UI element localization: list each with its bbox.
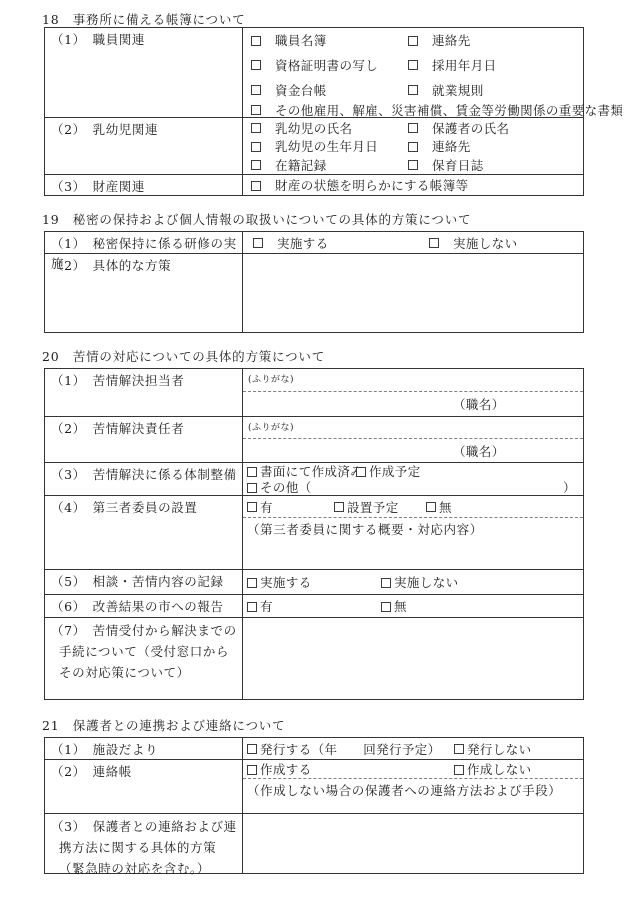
contact-method-area[interactable]: （作成しない場合の保護者への連絡方法および手段）: [243, 779, 583, 813]
option-label: その他（: [260, 478, 312, 496]
option: その他（: [247, 479, 312, 495]
checkbox[interactable]: [381, 602, 391, 612]
row-label-property-books: （3） 財産関連: [45, 175, 243, 195]
table-row: （2） 乳幼児関連 乳幼児の氏名 保護者の氏名 乳幼児の生年月日 連絡先 在籍記…: [45, 117, 583, 174]
options-cell: 書面にて作成済み 作成予定 その他（ ）: [243, 463, 583, 495]
input-area-complaint-procedure[interactable]: [243, 618, 583, 699]
table-row: （6） 改善結果の市への報告 有 無: [45, 594, 583, 617]
option-line: 乳幼児の氏名 保護者の氏名: [243, 118, 583, 137]
options-cell: 有 無: [243, 595, 583, 617]
checkbox[interactable]: [251, 181, 261, 191]
option-label: 発行する（年 回発行予定）: [260, 740, 441, 758]
option: その他雇用、解雇、災害補償、賃金等労働関係の重要な書類: [251, 102, 623, 117]
options-cell: 職員名簿 連絡先 資格証明書の写し 採用年月日 資金台帳 就業規則 その他雇用、…: [243, 28, 583, 117]
checkbox[interactable]: [408, 36, 418, 46]
option-line: その他（ ）: [243, 479, 583, 495]
checkbox[interactable]: [247, 602, 257, 612]
option: 発行しない: [454, 738, 532, 759]
option-label: 有: [260, 498, 273, 516]
row-label-complaint-contact-person: （1） 苦情解決担当者: [45, 369, 243, 416]
option-label: 就業規則: [432, 81, 484, 99]
input-area-parent-communication[interactable]: [243, 814, 583, 873]
option-label: 実施する: [277, 234, 329, 252]
checkbox[interactable]: [251, 105, 261, 115]
option-label: 連絡先: [432, 137, 471, 155]
option-line: 作成する 作成しない: [243, 760, 583, 779]
option-label: 乳幼児の氏名: [275, 119, 352, 137]
table-row: （7） 苦情受付から解決までの手続について（受付窓口からその対応策について）: [45, 617, 583, 699]
checkbox[interactable]: [454, 765, 464, 775]
option-line: その他雇用、解雇、災害補償、賃金等労働関係の重要な書類: [243, 102, 583, 117]
checkbox[interactable]: [408, 123, 418, 133]
checkbox[interactable]: [408, 85, 418, 95]
option-line: 有 設置予定 無: [243, 496, 583, 518]
option-label: 設置予定: [347, 498, 399, 516]
checkbox[interactable]: [247, 502, 257, 512]
checkbox[interactable]: [426, 502, 436, 512]
option-label: 財産の状態を明らかにする帳簿等: [275, 176, 469, 194]
table-row: （3） 保護者との連絡および連携方法に関する具体的方策（緊急時の対応を含む。）: [45, 813, 583, 873]
row-label-third-party-committee: （4） 第三者委員の設置: [45, 496, 243, 569]
table-row: （1） 苦情解決担当者 (ふりがな) （職名）: [45, 369, 583, 416]
option: 連絡先: [408, 137, 471, 155]
option-line: 資格証明書の写し 採用年月日: [243, 52, 583, 77]
option: 実施しない: [381, 570, 459, 594]
name-input-line[interactable]: （職名）: [243, 439, 583, 462]
options-cell: 実施する 実施しない: [243, 570, 583, 594]
option: 書面にて作成済み: [247, 463, 363, 479]
option: 乳幼児の生年月日: [251, 137, 378, 155]
table-row: （2） 連絡帳 作成する 作成しない （作成しない場合の保護者への連絡方法および…: [45, 759, 583, 813]
name-cell: (ふりがな) （職名）: [243, 369, 583, 416]
option: 設置予定: [334, 496, 399, 517]
option-line: 財産の状態を明らかにする帳簿等: [243, 175, 583, 195]
options-cell: 実施する 実施しない: [243, 232, 583, 253]
row-label-contact-book: （2） 連絡帳: [45, 760, 243, 813]
section-21-heading: 21 保護者との連携および連絡について: [42, 718, 630, 733]
option-label: 作成しない: [467, 760, 532, 778]
section-19-heading: 19 秘密の保持および個人情報の取扱いについての具体的方策について: [42, 212, 630, 227]
checkbox[interactable]: [247, 744, 257, 754]
table-row: （1） 職員関連 職員名簿 連絡先 資格証明書の写し 採用年月日 資金台帳 就業…: [45, 28, 583, 117]
checkbox[interactable]: [251, 160, 261, 170]
option: 資金台帳: [251, 77, 327, 102]
option: 作成しない: [454, 760, 532, 778]
checkbox[interactable]: [251, 60, 261, 70]
furigana-input-line[interactable]: (ふりがな): [243, 417, 583, 439]
option: 発行する（年 回発行予定）: [247, 738, 441, 759]
option-line: 有 無: [243, 595, 583, 617]
checkbox[interactable]: [408, 142, 418, 152]
option: 有: [247, 496, 273, 517]
table-row: （5） 相談・苦情内容の記録 実施する 実施しない: [45, 569, 583, 594]
section-18-heading: 18 事務所に備える帳簿について: [42, 12, 630, 27]
furigana-input-line[interactable]: (ふりがな): [243, 369, 583, 392]
row-label-specific-measures: （2） 具体的な方策: [45, 254, 243, 332]
checkbox[interactable]: [381, 578, 391, 588]
option-label: 実施しない: [394, 573, 459, 591]
name-input-line[interactable]: （職名）: [243, 392, 583, 415]
row-label-infant-books: （2） 乳幼児関連: [45, 118, 243, 174]
committee-detail-label: （第三者委員に関する概要・対応内容）: [243, 518, 583, 538]
checkbox[interactable]: [253, 238, 263, 248]
option-label: 乳幼児の生年月日: [275, 137, 378, 155]
section-20-heading: 20 苦情の対応についての具体的方策について: [42, 349, 630, 364]
furigana-label: (ふりがな): [243, 417, 294, 433]
checkbox[interactable]: [408, 160, 418, 170]
checkbox[interactable]: [334, 502, 344, 512]
table-21: （1） 施設だより 発行する（年 回発行予定） 発行しない （2） 連絡帳 作成…: [44, 737, 584, 874]
contact-method-label: （作成しない場合の保護者への連絡方法および手段）: [243, 779, 583, 799]
form-page: { "s18": { "heading": "18 事務所に備える帳簿について"…: [0, 0, 630, 903]
option-line: 在籍記録 保育日誌: [243, 155, 583, 174]
furigana-label: (ふりがな): [243, 369, 294, 385]
checkbox[interactable]: [408, 60, 418, 70]
option: 無: [381, 595, 407, 617]
option-label: 在籍記録: [275, 156, 327, 174]
options-cell: 作成する 作成しない （作成しない場合の保護者への連絡方法および手段）: [243, 760, 583, 813]
table-row: （3） 苦情解決に係る体制整備 書面にて作成済み 作成予定 その他（ ）: [45, 462, 583, 495]
row-label-staff-books: （1） 職員関連: [45, 28, 243, 117]
option-line: 職員名簿 連絡先: [243, 28, 583, 52]
row-label-complaint-responsible-person: （2） 苦情解決責任者: [45, 417, 243, 462]
option-label: 無: [439, 498, 452, 516]
row-label-confidentiality-training: （1） 秘密保持に係る研修の実施: [45, 232, 243, 253]
checkbox[interactable]: [247, 765, 257, 775]
option-line: 資金台帳 就業規則: [243, 77, 583, 102]
option-label: 資金台帳: [275, 81, 327, 99]
option-line: 書面にて作成済み 作成予定: [243, 463, 583, 479]
row-label-complaint-procedure: （7） 苦情受付から解決までの手続について（受付窓口からその対応策について）: [45, 618, 243, 699]
job-title-label: （職名）: [453, 439, 505, 462]
table-row: （2） 具体的な方策: [45, 253, 583, 332]
option-line: 実施する 実施しない: [243, 232, 583, 253]
checkbox[interactable]: [251, 85, 261, 95]
checkbox[interactable]: [251, 123, 261, 133]
options-cell: 発行する（年 回発行予定） 発行しない: [243, 738, 583, 759]
table-row: （1） 施設だより 発行する（年 回発行予定） 発行しない: [45, 738, 583, 759]
table-row: （2） 苦情解決責任者 (ふりがな) （職名）: [45, 416, 583, 462]
checkbox[interactable]: [251, 36, 261, 46]
option-line: 発行する（年 回発行予定） 発行しない: [243, 738, 583, 759]
row-label-complaint-records: （5） 相談・苦情内容の記録: [45, 570, 243, 594]
options-cell: 有 設置予定 無 （第三者委員に関する概要・対応内容）: [243, 496, 583, 569]
checkbox[interactable]: [356, 467, 366, 477]
option-label: 保育日誌: [432, 156, 484, 174]
option: 無: [426, 496, 452, 517]
option: 財産の状態を明らかにする帳簿等: [251, 175, 469, 195]
option: 実施する: [253, 232, 329, 253]
checkbox[interactable]: [247, 483, 257, 493]
option: 資格証明書の写し: [251, 52, 378, 77]
option-label: 有: [260, 597, 273, 615]
option-label: 連絡先: [432, 31, 471, 49]
checkbox[interactable]: [251, 142, 261, 152]
table-20: （1） 苦情解決担当者 (ふりがな) （職名） （2） 苦情解決責任者 (ふりが…: [44, 368, 584, 700]
option: 採用年月日: [408, 52, 497, 77]
option-line: 乳幼児の生年月日 連絡先: [243, 137, 583, 155]
row-label-facility-newsletter: （1） 施設だより: [45, 738, 243, 759]
option-label: 採用年月日: [432, 56, 497, 74]
option: 連絡先: [408, 28, 471, 52]
checkbox[interactable]: [454, 744, 464, 754]
input-area-specific-measures[interactable]: [243, 254, 583, 332]
option-label: 実施しない: [453, 234, 518, 252]
table-row: （4） 第三者委員の設置 有 設置予定 無 （第三者委員に関する概要・対応内容）: [45, 495, 583, 569]
option-label: 発行しない: [467, 740, 532, 758]
option: 就業規則: [408, 77, 484, 102]
table-19: （1） 秘密保持に係る研修の実施 実施する 実施しない （2） 具体的な方策: [44, 231, 584, 333]
option: 作成する: [247, 760, 312, 778]
option: 作成予定: [356, 463, 421, 479]
row-label-complaint-system: （3） 苦情解決に係る体制整備: [45, 463, 243, 495]
checkbox[interactable]: [429, 238, 439, 248]
row-label-parent-communication: （3） 保護者との連絡および連携方法に関する具体的方策（緊急時の対応を含む。）: [45, 814, 243, 873]
option: 職員名簿: [251, 28, 327, 52]
option-label: その他雇用、解雇、災害補償、賃金等労働関係の重要な書類: [275, 101, 623, 119]
row-label-report-to-city: （6） 改善結果の市への報告: [45, 595, 243, 617]
option-label: 職員名簿: [275, 31, 327, 49]
job-title-label: （職名）: [453, 392, 505, 415]
option: 保護者の氏名: [408, 118, 509, 137]
option: 保育日誌: [408, 155, 484, 174]
option-label: 無: [394, 597, 407, 615]
table-18: （1） 職員関連 職員名簿 連絡先 資格証明書の写し 採用年月日 資金台帳 就業…: [44, 27, 584, 196]
option: 実施する: [247, 570, 312, 594]
option-label: 作成する: [260, 760, 312, 778]
option-label: 資格証明書の写し: [275, 56, 378, 74]
options-cell: 財産の状態を明らかにする帳簿等: [243, 175, 583, 195]
option-line: 実施する 実施しない: [243, 570, 583, 594]
option-label: 実施する: [260, 573, 312, 591]
option: 在籍記録: [251, 155, 327, 174]
checkbox[interactable]: [247, 578, 257, 588]
committee-detail-area[interactable]: （第三者委員に関する概要・対応内容）: [243, 518, 583, 569]
option-label: 作成予定: [369, 462, 421, 480]
checkbox[interactable]: [247, 467, 257, 477]
option: 実施しない: [429, 232, 518, 253]
option: 有: [247, 595, 273, 617]
table-row: （1） 秘密保持に係る研修の実施 実施する 実施しない: [45, 232, 583, 253]
option: 乳幼児の氏名: [251, 118, 352, 137]
option-label: 保護者の氏名: [432, 119, 509, 137]
close-paren: ）: [563, 479, 576, 495]
name-cell: (ふりがな) （職名）: [243, 417, 583, 462]
options-cell: 乳幼児の氏名 保護者の氏名 乳幼児の生年月日 連絡先 在籍記録 保育日誌: [243, 118, 583, 174]
table-row: （3） 財産関連 財産の状態を明らかにする帳簿等: [45, 174, 583, 195]
